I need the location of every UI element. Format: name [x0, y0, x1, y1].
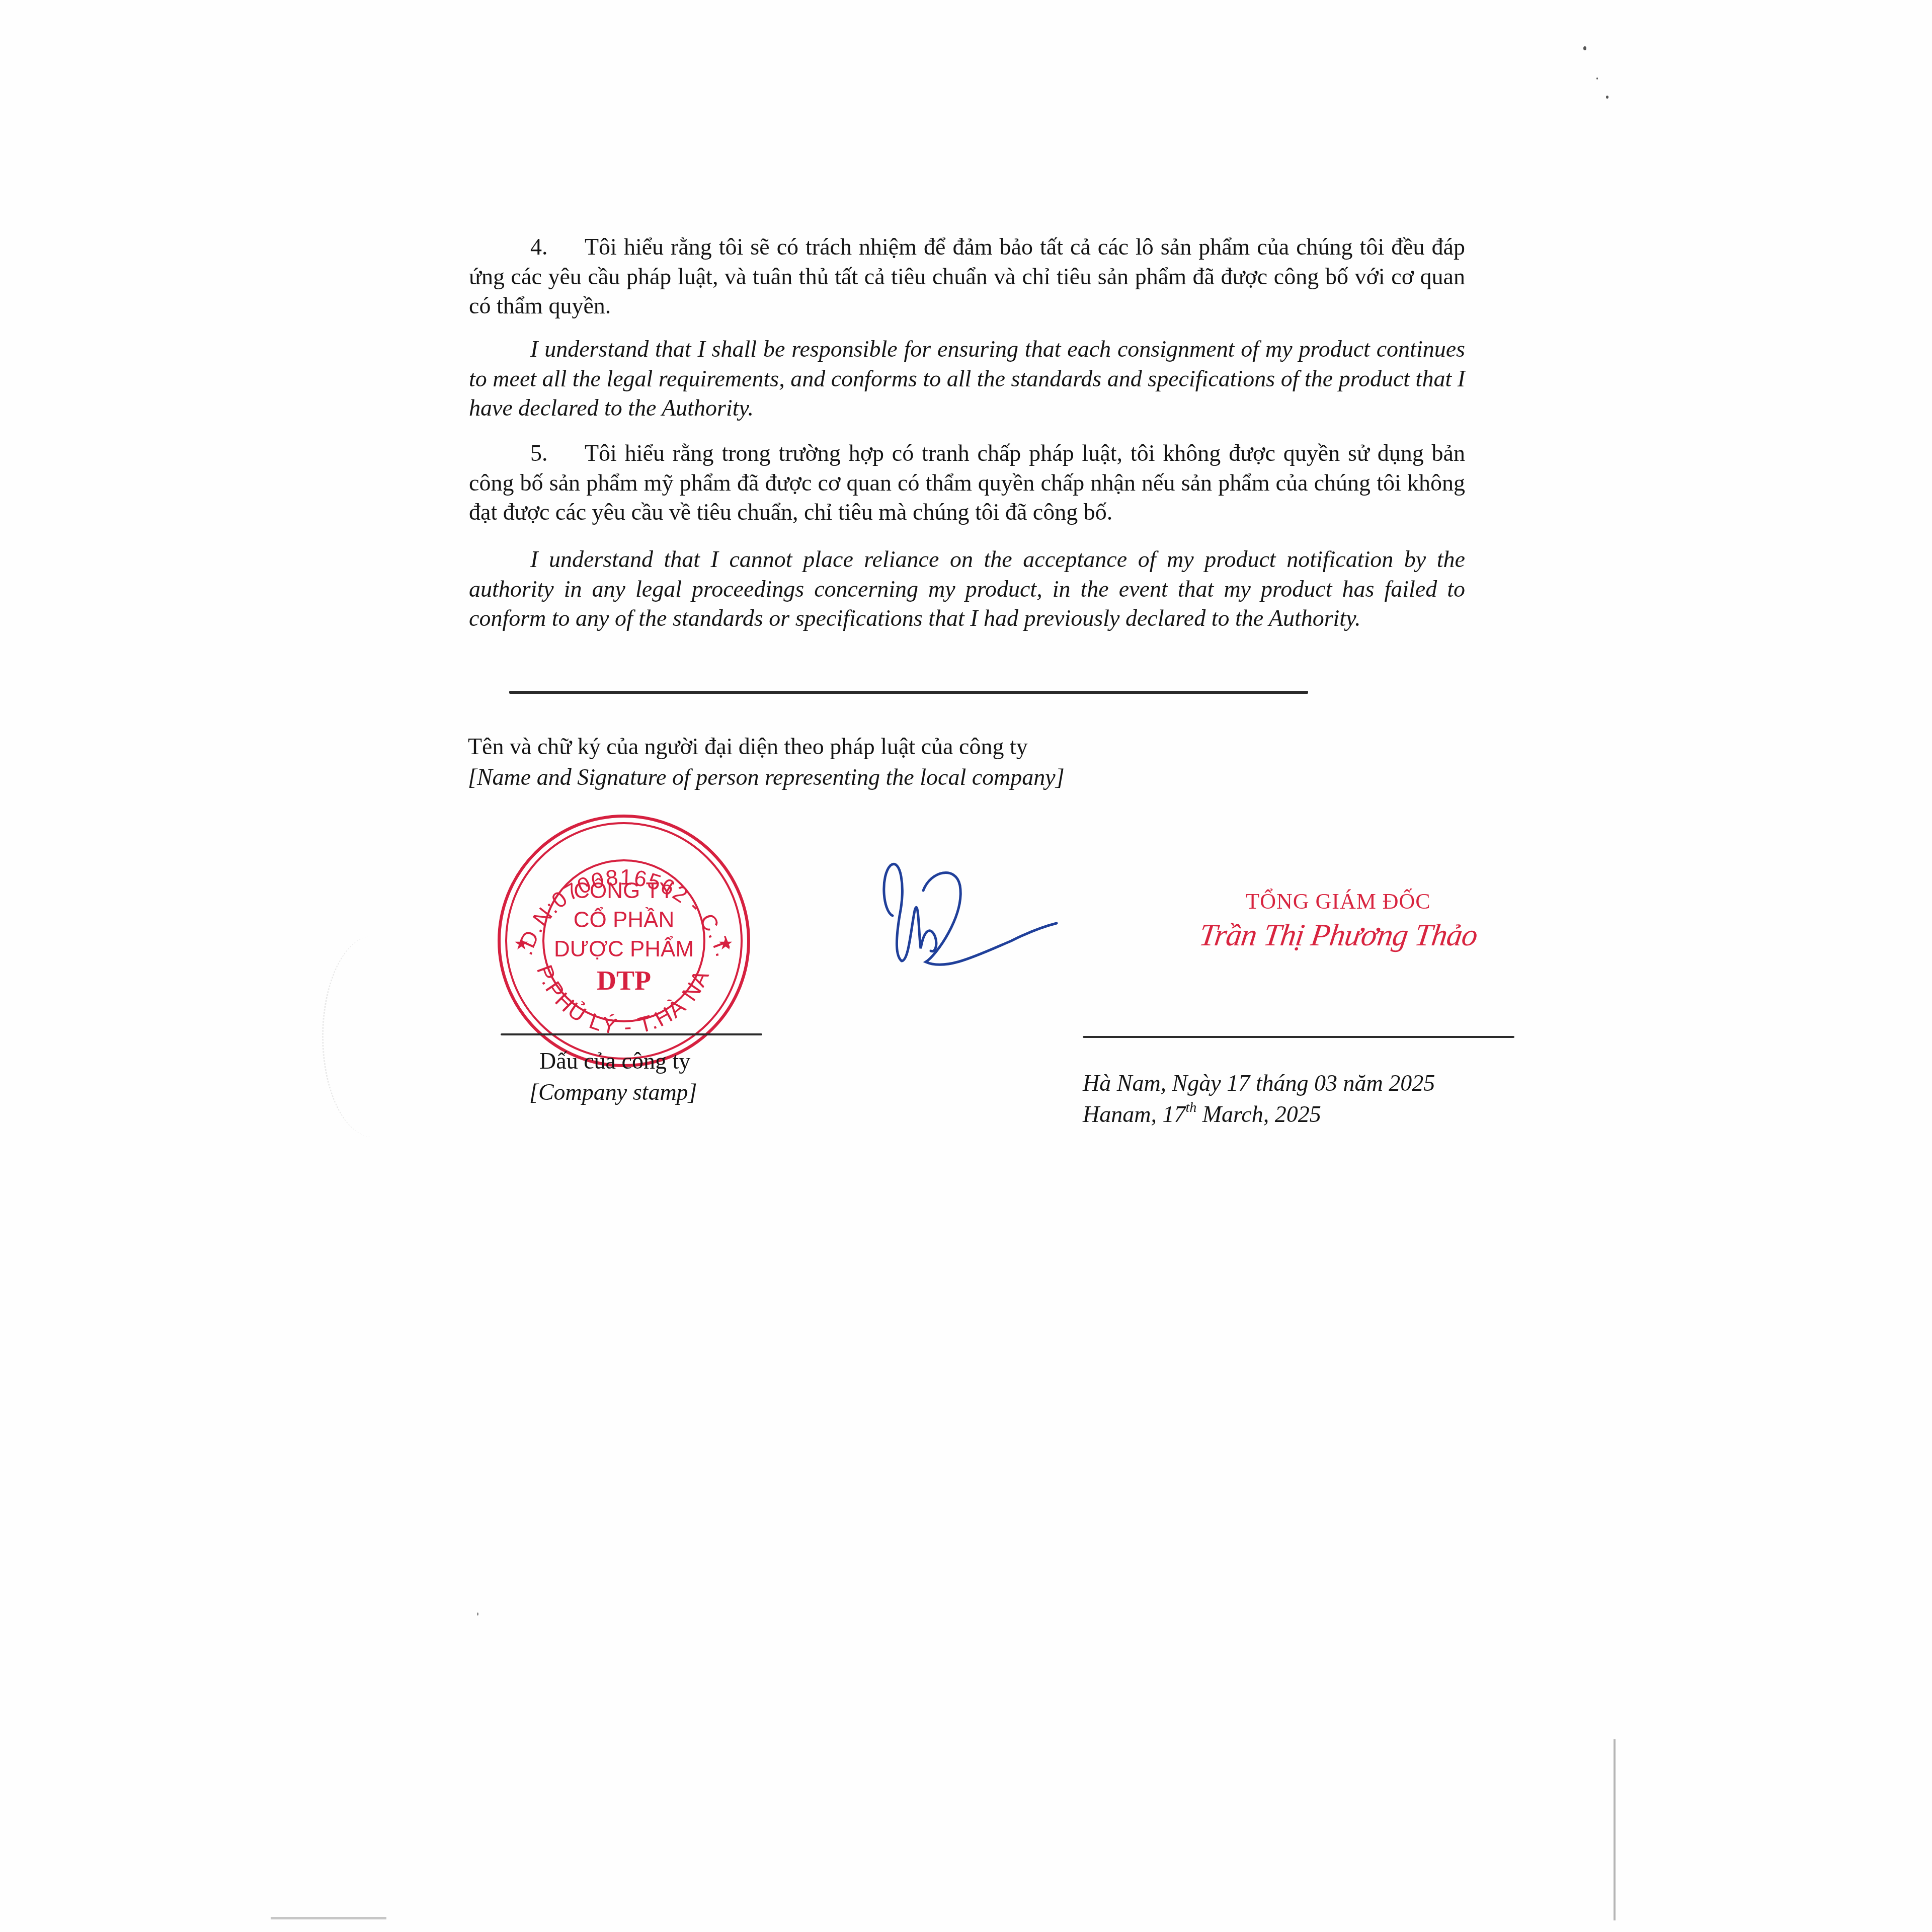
signatory-block: TỔNG GIÁM ĐỐC Trần Thị Phương Thảo	[1177, 888, 1499, 955]
signatory-role: TỔNG GIÁM ĐỐC	[1177, 888, 1499, 915]
signatory-name: Trần Thị Phương Thảo	[1174, 915, 1502, 955]
stamp-center-line-1: CÔNG TY	[574, 878, 674, 903]
stamp-underline	[501, 1033, 762, 1035]
stamp-center-bold: DTP	[597, 965, 651, 996]
stamp-bleed-through	[322, 936, 424, 1137]
stamp-star-right-icon: ★	[718, 934, 733, 953]
paragraph-number: 4.	[469, 232, 585, 262]
handwritten-signature	[875, 855, 1097, 976]
scan-edge-line	[1614, 1739, 1616, 1920]
paragraph-number: 5.	[469, 439, 585, 468]
paragraph-text: I understand that I shall be responsible…	[469, 336, 1465, 421]
date-vietnamese: Hà Nam, Ngày 17 tháng 03 năm 2025	[1083, 1069, 1435, 1098]
paragraph-text: Tôi hiểu rằng tôi sẽ có trách nhiệm để đ…	[469, 234, 1465, 318]
stamp-center-line-2: CỔ PHẦN	[574, 907, 674, 932]
stamp-center-line-3: DƯỢC PHẨM	[554, 936, 694, 961]
signature-caption-english: [Name and Signature of person representi…	[468, 763, 1065, 792]
paragraph-4-vietnamese: 4.Tôi hiểu rằng tôi sẽ có trách nhiệm để…	[469, 232, 1465, 321]
paragraph-text: Tôi hiểu rằng trong trường hợp có tranh …	[469, 440, 1465, 525]
scan-speck	[1606, 96, 1608, 99]
stamp-star-left-icon: ★	[514, 934, 529, 953]
paragraph-5-english: I understand that I cannot place relianc…	[469, 545, 1465, 633]
paragraph-4-english: I understand that I shall be responsible…	[469, 335, 1465, 423]
paragraph-text: I understand that I cannot place relianc…	[469, 546, 1465, 631]
date-english: Hanam, 17th March, 2025	[1083, 1100, 1321, 1129]
signature-underline	[1083, 1036, 1514, 1038]
scan-speck	[1583, 46, 1586, 50]
date-english-suffix: March, 2025	[1196, 1101, 1321, 1127]
document-page: 4.Tôi hiểu rằng tôi sẽ có trách nhiệm để…	[0, 0, 1932, 1932]
date-ordinal-suffix: th	[1185, 1100, 1196, 1115]
stamp-caption-vietnamese: Dấu của công ty	[539, 1046, 690, 1076]
scan-edge-line	[271, 1917, 386, 1919]
stamp-caption-english: [Company stamp]	[529, 1078, 697, 1107]
scan-speck	[477, 1613, 478, 1616]
scan-speck	[1596, 77, 1598, 79]
signature-caption-vietnamese: Tên và chữ ký của người đại diện theo ph…	[468, 732, 1028, 761]
date-english-prefix: Hanam, 17	[1083, 1101, 1185, 1127]
section-divider	[509, 691, 1308, 694]
paragraph-5-vietnamese: 5.Tôi hiểu rằng trong trường hợp có tran…	[469, 439, 1465, 527]
